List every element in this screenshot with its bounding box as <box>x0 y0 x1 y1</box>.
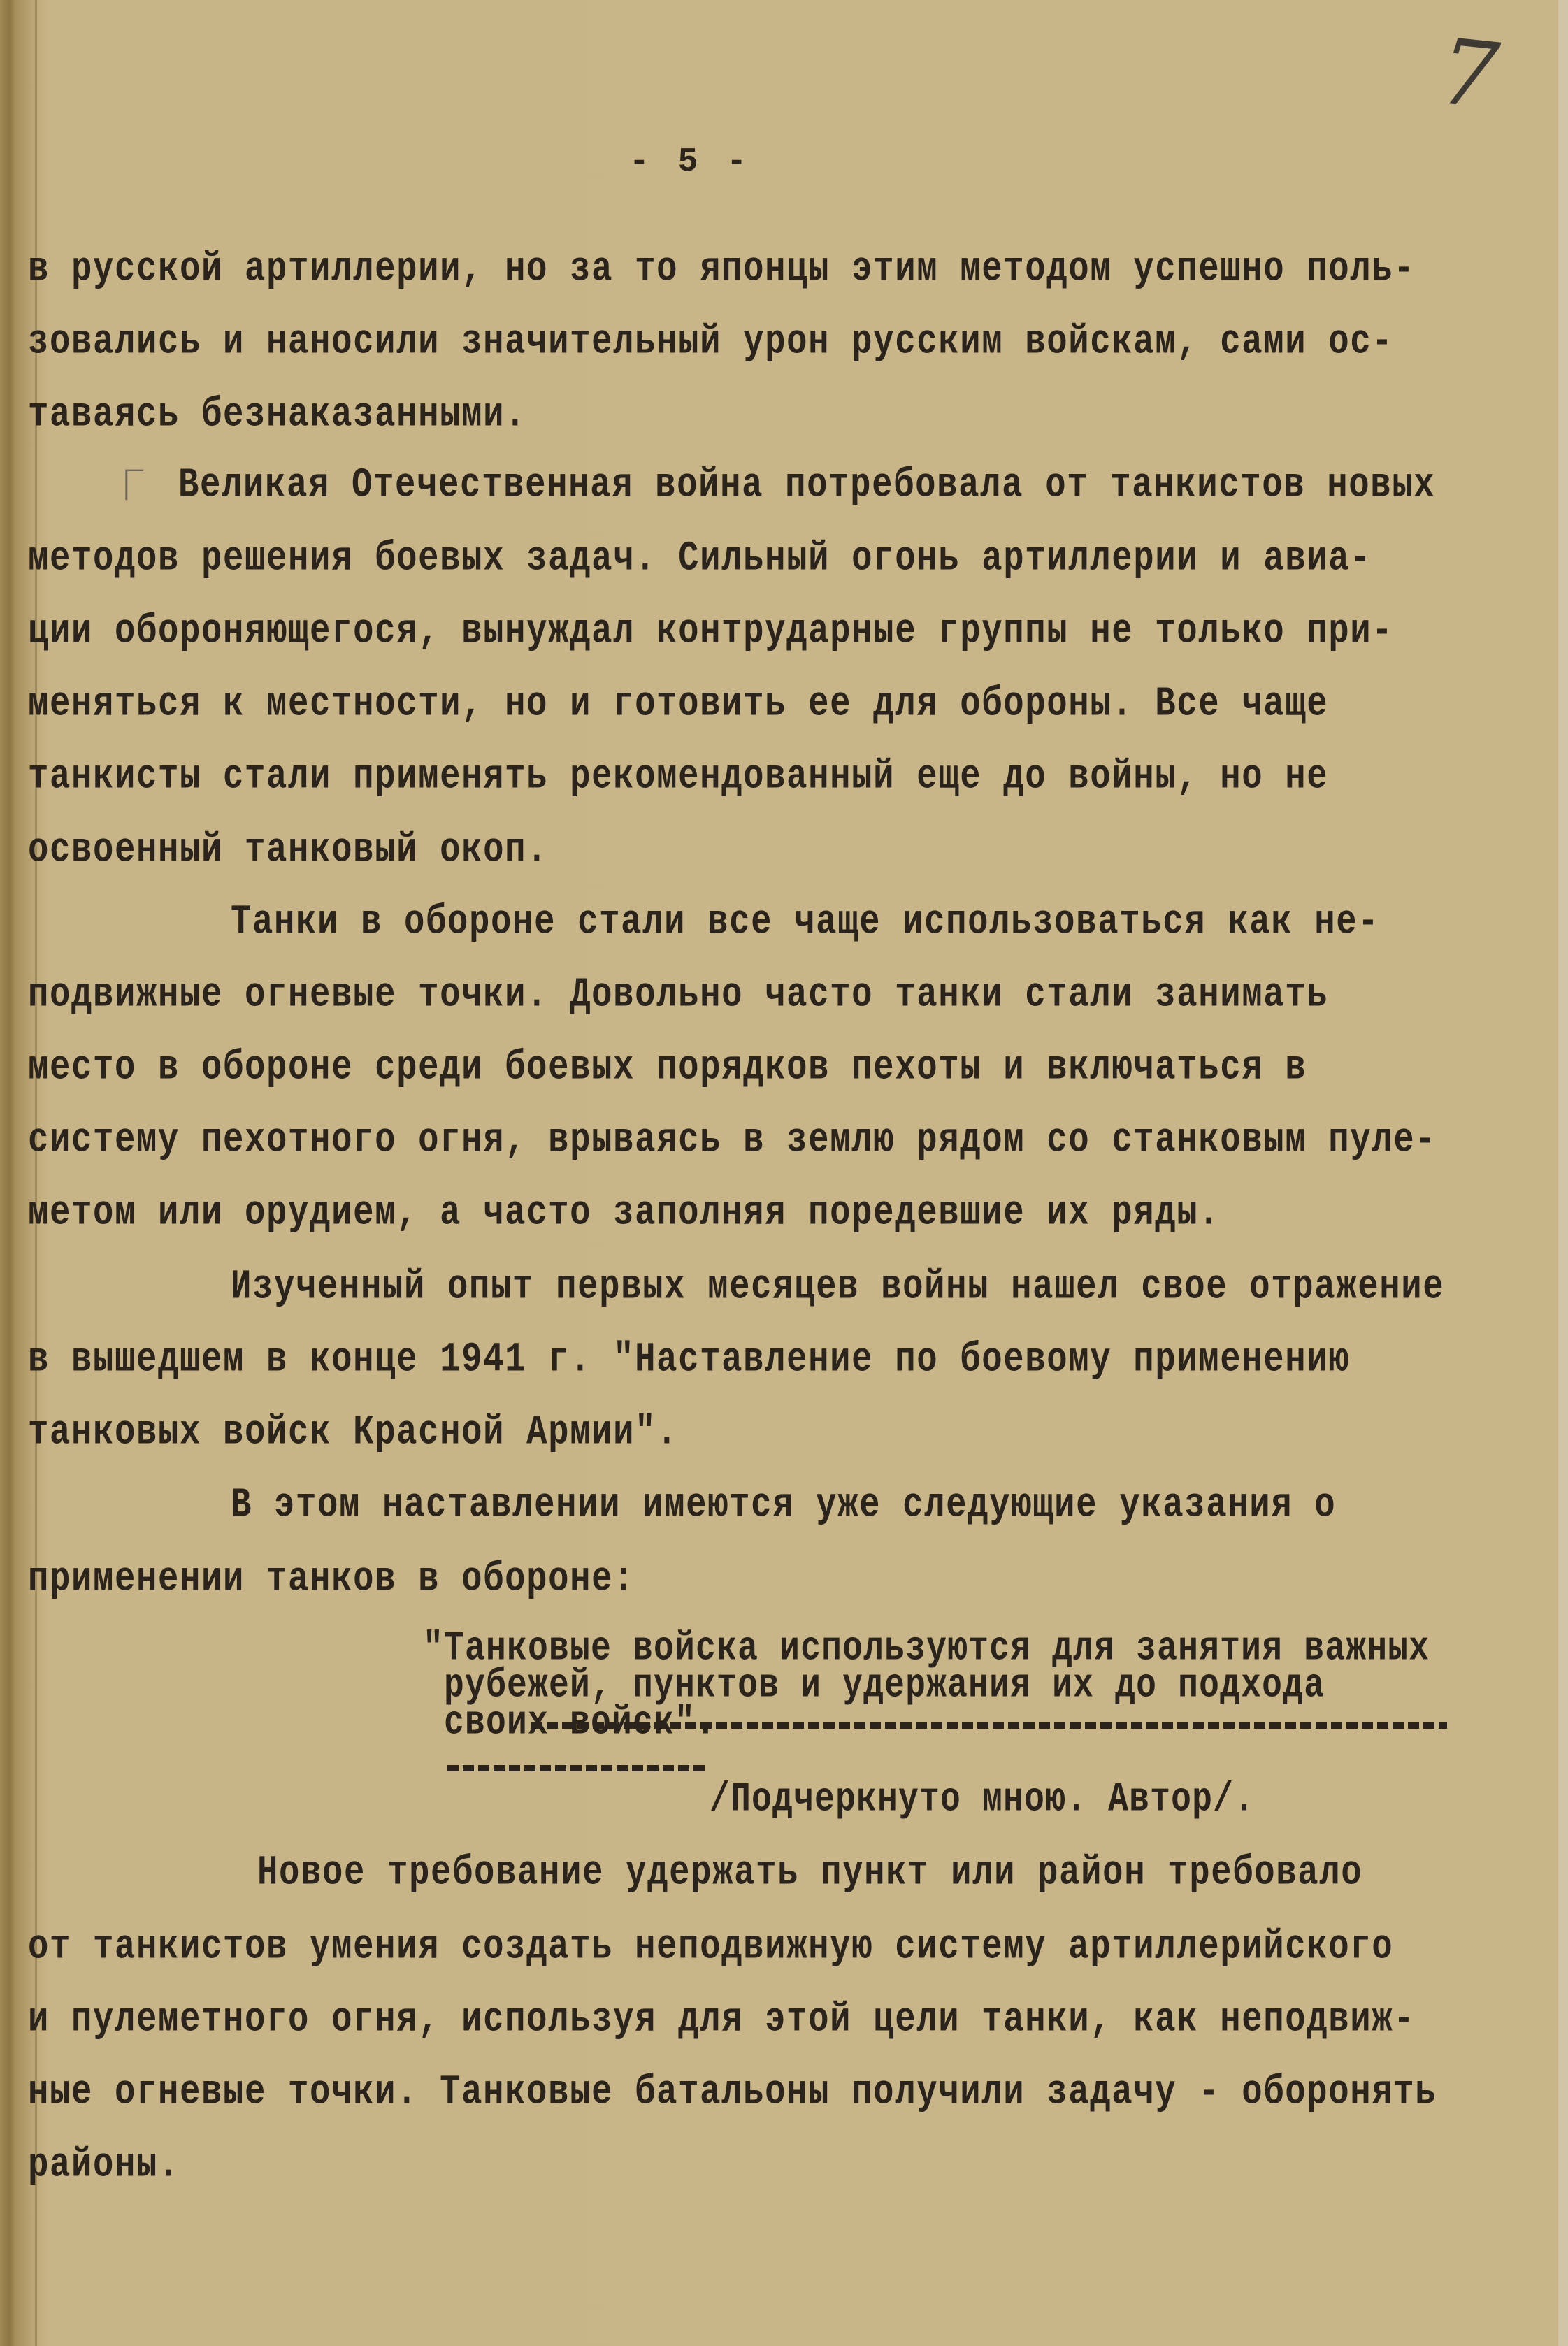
text-line: в русской артиллерии, но за то японцы эт… <box>28 248 1415 290</box>
text-line: систему пехотного огня, врываясь в землю… <box>28 1119 1437 1161</box>
text-line: освоенный танковый окоп. <box>28 829 548 871</box>
text-line: от танкистов умения создать неподвижную … <box>28 1926 1393 1968</box>
handwritten-folio-number: 7 <box>1434 18 1503 130</box>
text-line: подвижные огневые точки. Довольно часто … <box>28 974 1328 1016</box>
page-number: - 5 - <box>629 143 751 181</box>
quote-line: своих войск". <box>444 1702 717 1743</box>
text-line: и пулеметного огня, используя для этой ц… <box>28 1999 1415 2041</box>
text-line: применении танков в обороне: <box>28 1558 635 1600</box>
text-line: ные огневые точки. Танковые батальоны по… <box>28 2071 1437 2113</box>
text-line: Великая Отечественная война потребовала … <box>178 464 1435 506</box>
text-line: танковых войск Красной Армии". <box>28 1411 678 1453</box>
underline-dashes <box>447 1765 706 1771</box>
text-line: зовались и наносили значительный урон ру… <box>28 321 1393 363</box>
text-line: Новое требование удержать пункт или райо… <box>257 1852 1362 1894</box>
text-line: районы. <box>28 2144 180 2186</box>
pencil-bracket-mark: Г <box>120 461 143 510</box>
text-line: танкисты стали применять рекомендованный… <box>28 756 1328 798</box>
text-line: Танки в обороне стали все чаще использов… <box>231 901 1379 943</box>
page-right-edge <box>1558 0 1568 2346</box>
text-line: ции обороняющегося, вынуждал контрударны… <box>28 610 1393 652</box>
text-line: место в обороне среди боевых порядков пе… <box>28 1046 1307 1088</box>
text-line: таваясь безнаказанными. <box>28 394 526 436</box>
text-line: в вышедшем в конце 1941 г. "Наставление … <box>28 1339 1350 1381</box>
text-line: меняться к местности, но и готовить ее д… <box>28 683 1328 725</box>
text-line: методов решения боевых задач. Сильный ог… <box>28 538 1372 580</box>
quote-attribution: /Подчеркнуто мною. Автор/. <box>710 1779 1255 1820</box>
text-line: В этом наставлении имеются уже следующие… <box>231 1484 1336 1526</box>
text-line: Изученный опыт первых месяцев войны наше… <box>231 1266 1444 1308</box>
text-line: метом или орудием, а часто заполняя поре… <box>28 1192 1220 1234</box>
